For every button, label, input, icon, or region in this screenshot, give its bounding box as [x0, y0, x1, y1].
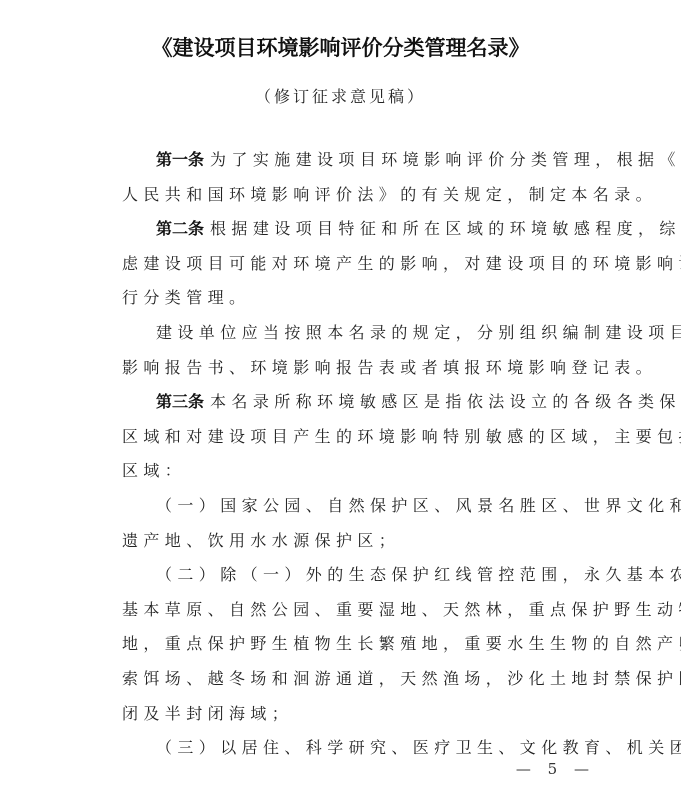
document-page: 《建设项目环境影响评价分类管理名录》 （修订征求意见稿） 第一条为了实施建设项目…	[0, 0, 681, 796]
text-line: 遗产地、饮用水水源保护区；	[88, 524, 596, 559]
text-line: 闭及半封闭海域；	[88, 697, 596, 732]
text-line: 人民共和国环境影响评价法》的有关规定，制定本名录。	[88, 178, 596, 213]
text-line: 索饵场、越冬场和洄游通道，天然渔场，沙化土地封禁保护区、封	[88, 662, 596, 697]
text-line: （一）国家公园、自然保护区、风景名胜区、世界文化和自然	[88, 489, 596, 524]
text-line: 第二条根据建设项目特征和所在区域的环境敏感程度，综合考	[88, 212, 596, 247]
text-line-content: 本名录所称环境敏感区是指依法设立的各级各类保护	[210, 392, 681, 411]
article-label: 第二条	[156, 219, 204, 238]
text-line-content: 为了实施建设项目环境影响评价分类管理，根据《中华	[210, 150, 681, 169]
list-item-2: （二）除（一）外的生态保护红线管控范围，永久基本农田、 基本草原、自然公园、重要…	[88, 558, 596, 731]
document-subtitle: （修订征求意见稿）	[0, 84, 681, 110]
text-line: 基本草原、自然公园、重要湿地、天然林，重点保护野生动物栖息	[88, 593, 596, 628]
text-line: 区域：	[88, 454, 596, 489]
page-number: — 5 —	[516, 760, 595, 778]
text-line: 行分类管理。	[88, 281, 596, 316]
article-2: 第二条根据建设项目特征和所在区域的环境敏感程度，综合考 虑建设项目可能对环境产生…	[88, 212, 596, 316]
document-body: 第一条为了实施建设项目环境影响评价分类管理，根据《中华 人民共和国环境影响评价法…	[88, 143, 596, 766]
text-line: 地，重点保护野生植物生长繁殖地，重要水生生物的自然产卵场、	[88, 627, 596, 662]
article-1: 第一条为了实施建设项目环境影响评价分类管理，根据《中华 人民共和国环境影响评价法…	[88, 143, 596, 212]
list-item-1: （一）国家公园、自然保护区、风景名胜区、世界文化和自然 遗产地、饮用水水源保护区…	[88, 489, 596, 558]
article-3: 第三条本名录所称环境敏感区是指依法设立的各级各类保护 区域和对建设项目产生的环境…	[88, 385, 596, 489]
article-label: 第一条	[156, 150, 204, 169]
text-line: 第一条为了实施建设项目环境影响评价分类管理，根据《中华	[88, 143, 596, 178]
text-line: 第三条本名录所称环境敏感区是指依法设立的各级各类保护	[88, 385, 596, 420]
text-line: 建设单位应当按照本名录的规定，分别组织编制建设项目环境	[88, 316, 596, 351]
document-title: 《建设项目环境影响评价分类管理名录》	[0, 33, 681, 63]
text-line: 影响报告书、环境影响报告表或者填报环境影响登记表。	[88, 351, 596, 386]
article-label: 第三条	[156, 392, 204, 411]
text-line: 区域和对建设项目产生的环境影响特别敏感的区域，主要包括下列	[88, 420, 596, 455]
article-2-paragraph-2: 建设单位应当按照本名录的规定，分别组织编制建设项目环境 影响报告书、环境影响报告…	[88, 316, 596, 385]
text-line: 虑建设项目可能对环境产生的影响，对建设项目的环境影响评价实	[88, 247, 596, 282]
text-line-content: 根据建设项目特征和所在区域的环境敏感程度，综合考	[210, 219, 681, 238]
text-line: （二）除（一）外的生态保护红线管控范围，永久基本农田、	[88, 558, 596, 593]
